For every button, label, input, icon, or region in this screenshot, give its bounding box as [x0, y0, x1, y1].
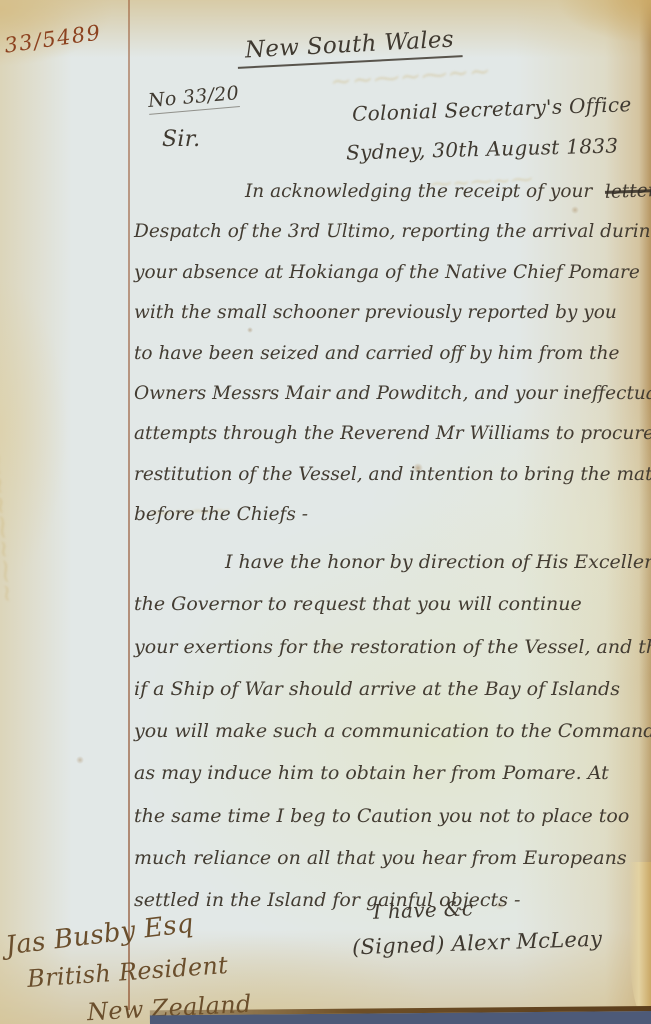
manuscript-line: restitution of the Vessel, and intention… [134, 455, 648, 495]
manuscript-line: your exertions for the restoration of th… [134, 626, 648, 668]
valediction: I have &c [373, 896, 474, 923]
manuscript-line: Owners Messrs Mair and Powditch, and you… [134, 374, 648, 414]
manuscript-line: you will make such a communication to th… [134, 710, 648, 752]
manuscript-line: I have the honor by direction of His Exc… [134, 541, 648, 583]
manuscript-line: Despatch of the 3rd Ultimo, reporting th… [134, 212, 648, 252]
manuscript-line: the same time I beg to Caution you not t… [134, 795, 648, 837]
manuscript-line: much reliance on all that you hear from … [134, 837, 648, 879]
manuscript-line: with the small schooner previously repor… [134, 293, 648, 333]
page-bottom-edge [150, 1011, 651, 1024]
manuscript-line: In acknowledging the receipt of your let… [134, 172, 648, 212]
manuscript-line: if a Ship of War should arrive at the Ba… [134, 668, 648, 710]
para1-line1-text: In acknowledging the receipt of your [245, 181, 592, 202]
manuscript-line: the Governor to request that you will co… [134, 583, 648, 625]
margin-rule [128, 0, 130, 1010]
body-paragraph-1: In acknowledging the receipt of your let… [134, 172, 648, 536]
body-paragraph-2: I have the honor by direction of His Exc… [134, 541, 648, 922]
manuscript-line: attempts through the Reverend Mr William… [134, 414, 648, 454]
paragraph-lines: I have the honor by direction of His Exc… [134, 541, 648, 922]
manuscript-line: to have been seized and carried off by h… [134, 334, 648, 374]
manuscript-photo: ∼∼⁓∼⁓∼∼ ⁓∼⁓∼⁓ ∼⁓∼∼⁓∼⁓∼ ⁓∼⁓∼ 33/5489 New … [0, 0, 651, 1024]
paragraph-lines: Despatch of the 3rd Ultimo, reporting th… [134, 212, 648, 535]
manuscript-line: your absence at Hokianga of the Native C… [134, 253, 648, 293]
struck-out-word: letter [604, 171, 651, 213]
salutation: Sir. [162, 127, 200, 152]
manuscript-line: as may induce him to obtain her from Pom… [134, 752, 648, 794]
manuscript-line: before the Chiefs - [134, 495, 648, 535]
page-edge-curl [629, 862, 651, 1012]
